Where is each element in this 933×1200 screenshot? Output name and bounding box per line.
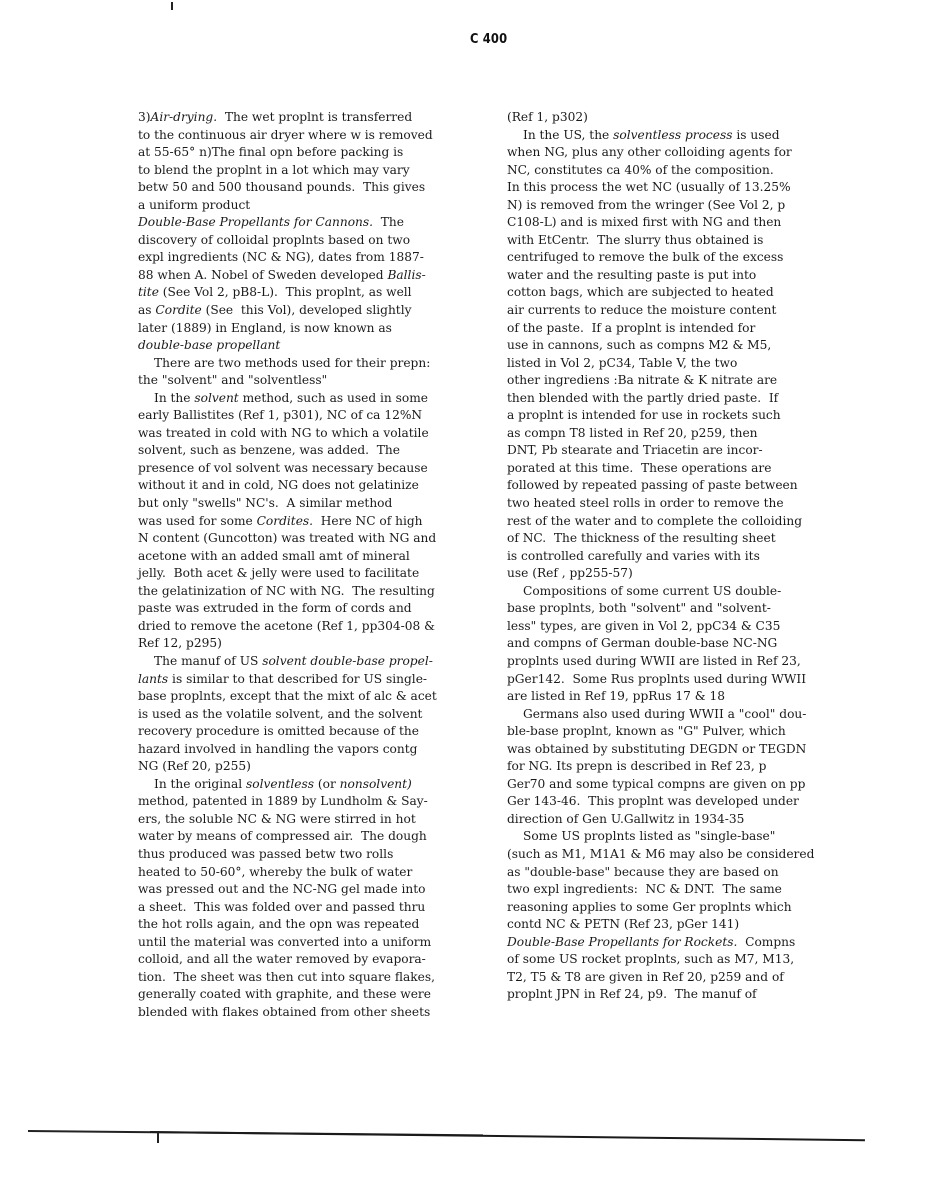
text-line: discovery of colloidal proplnts based on… bbox=[138, 232, 468, 250]
text-line: There are two methods used for their pre… bbox=[138, 355, 468, 373]
text-line: tion. The sheet was then cut into square… bbox=[138, 969, 468, 987]
line-text: air currents to reduce the moisture cont… bbox=[507, 303, 776, 317]
text-line: as "double-base" because they are based … bbox=[507, 864, 837, 882]
text-line: In the original solventless (or nonsolve… bbox=[138, 776, 468, 794]
text-line: the "solvent" and "solventless" bbox=[138, 372, 468, 390]
line-text: cotton bags, which are subjected to heat… bbox=[507, 285, 774, 299]
text-line: jelly. Both acet & jelly were used to fa… bbox=[138, 565, 468, 583]
text-line: until the material was converted into a … bbox=[138, 934, 468, 952]
line-text: for NG. Its prepn is described in Ref 23… bbox=[507, 759, 766, 773]
text-line: direction of Gen U.Gallwitz in 1934-35 bbox=[507, 811, 837, 829]
text-line: the gelatinization of NC with NG. The re… bbox=[138, 583, 468, 601]
text-line: then blended with the partly dried paste… bbox=[507, 390, 837, 408]
line-text: Ger70 and some typical compns are given … bbox=[507, 777, 805, 791]
text-line: double-base propellant bbox=[138, 337, 468, 355]
text-line: to the continuous air dryer where w is r… bbox=[138, 127, 468, 145]
line-text: The wet proplnt is transferred bbox=[217, 110, 412, 124]
line-text: (Ref 1, p302) bbox=[507, 110, 588, 124]
line-text: DNT, Pb stearate and Triacetin are incor… bbox=[507, 443, 763, 457]
text-line: air currents to reduce the moisture cont… bbox=[507, 302, 837, 320]
text-line: followed by repeated passing of paste be… bbox=[507, 477, 837, 495]
text-line: acetone with an added small amt of miner… bbox=[138, 548, 468, 566]
line-text: until the material was converted into a … bbox=[138, 935, 431, 949]
text-line: hazard involved in handling the vapors c… bbox=[138, 741, 468, 759]
italic-term: Air-drying. bbox=[151, 110, 218, 124]
text-line: of some US rocket proplnts, such as M7, … bbox=[507, 951, 837, 969]
line-text: solvent, such as benzene, was added. The bbox=[138, 443, 400, 457]
text-line: thus produced was passed betw two rolls bbox=[138, 846, 468, 864]
text-line: centrifuged to remove the bulk of the ex… bbox=[507, 249, 837, 267]
text-line: NC, constitutes ca 40% of the compositio… bbox=[507, 162, 837, 180]
line-text: The manuf of US bbox=[154, 654, 262, 668]
italic-term: solventless process bbox=[613, 128, 732, 142]
line-text: as "double-base" because they are based … bbox=[507, 865, 779, 879]
line-text: listed in Vol 2, pC34, Table V, the two bbox=[507, 356, 737, 370]
scan-mark-bottom bbox=[157, 1131, 159, 1143]
line-text: thus produced was passed betw two rolls bbox=[138, 847, 393, 861]
text-line: use (Ref , pp255-57) bbox=[507, 565, 837, 583]
text-line: a proplnt is intended for use in rockets… bbox=[507, 407, 837, 425]
line-text: two heated steel rolls in order to remov… bbox=[507, 496, 784, 510]
text-line: was pressed out and the NC-NG gel made i… bbox=[138, 881, 468, 899]
text-line: a sheet. This was folded over and passed… bbox=[138, 899, 468, 917]
line-text: base proplnts, except that the mixt of a… bbox=[138, 689, 437, 703]
text-line: Double-Base Propellants for Cannons. The bbox=[138, 214, 468, 232]
line-text: two expl ingredients: NC & DNT. The same bbox=[507, 882, 782, 896]
line-text: acetone with an added small amt of miner… bbox=[138, 549, 410, 563]
line-text: use in cannons, such as compns M2 & M5, bbox=[507, 338, 771, 352]
line-text: with EtCentr. The slurry thus obtained i… bbox=[507, 233, 763, 247]
italic-term: tite bbox=[138, 285, 159, 299]
text-line: proplnts used during WWII are listed in … bbox=[507, 653, 837, 671]
line-text: is similar to that described for US sing… bbox=[168, 672, 427, 686]
line-text: (See this Vol), developed slightly bbox=[202, 303, 412, 317]
line-text: Some US proplnts listed as "single-base" bbox=[523, 829, 775, 843]
line-text: the gelatinization of NC with NG. The re… bbox=[138, 584, 435, 598]
text-line: reasoning applies to some Ger proplnts w… bbox=[507, 899, 837, 917]
line-text: recovery procedure is omitted because of… bbox=[138, 724, 419, 738]
line-text: pGer142. Some Rus proplnts used during W… bbox=[507, 672, 806, 686]
line-text: paste was extruded in the form of cords … bbox=[138, 601, 412, 615]
text-line: presence of vol solvent was necessary be… bbox=[138, 460, 468, 478]
text-line: In the US, the solventless process is us… bbox=[507, 127, 837, 145]
line-text: NG (Ref 20, p255) bbox=[138, 759, 251, 773]
text-line: without it and in cold, NG does not gela… bbox=[138, 477, 468, 495]
line-text: 3) bbox=[138, 110, 151, 124]
text-line: generally coated with graphite, and thes… bbox=[138, 986, 468, 1004]
text-line: (Ref 1, p302) bbox=[507, 109, 837, 127]
line-text: dried to remove the acetone (Ref 1, pp30… bbox=[138, 619, 435, 633]
text-line: early Ballistites (Ref 1, p301), NC of c… bbox=[138, 407, 468, 425]
line-text: presence of vol solvent was necessary be… bbox=[138, 461, 428, 475]
text-line: base proplnts, both "solvent" and "solve… bbox=[507, 600, 837, 618]
line-text: C108-L) and is mixed first with NG and t… bbox=[507, 215, 781, 229]
line-text: In the US, the bbox=[523, 128, 613, 142]
line-text: colloid, and all the water removed by ev… bbox=[138, 952, 426, 966]
text-line: is used as the volatile solvent, and the… bbox=[138, 706, 468, 724]
line-text: water and the resulting paste is put int… bbox=[507, 268, 756, 282]
line-text: of NC. The thickness of the resulting sh… bbox=[507, 531, 776, 545]
line-text: Germans also used during WWII a "cool" d… bbox=[523, 707, 806, 721]
line-text: generally coated with graphite, and thes… bbox=[138, 987, 431, 1001]
line-text: In the original bbox=[154, 777, 246, 791]
text-line: proplnt JPN in Ref 24, p9. The manuf of bbox=[507, 986, 837, 1004]
line-text: is controlled carefully and varies with … bbox=[507, 549, 760, 563]
text-line: dried to remove the acetone (Ref 1, pp30… bbox=[138, 618, 468, 636]
text-line: as compn T8 listed in Ref 20, p259, then bbox=[507, 425, 837, 443]
text-line: tite (See Vol 2, pB8-L). This proplnt, a… bbox=[138, 284, 468, 302]
text-line: with EtCentr. The slurry thus obtained i… bbox=[507, 232, 837, 250]
text-line: porated at this time. These operations a… bbox=[507, 460, 837, 478]
text-line: N content (Guncotton) was treated with N… bbox=[138, 530, 468, 548]
line-text: when NG, plus any other colloiding agent… bbox=[507, 145, 792, 159]
text-line: was used for some Cordites. Here NC of h… bbox=[138, 513, 468, 531]
text-line: colloid, and all the water removed by ev… bbox=[138, 951, 468, 969]
text-line: C108-L) and is mixed first with NG and t… bbox=[507, 214, 837, 232]
text-line: 88 when A. Nobel of Sweden developed Bal… bbox=[138, 267, 468, 285]
line-text: betw 50 and 500 thousand pounds. This gi… bbox=[138, 180, 425, 194]
italic-term: Cordites. bbox=[257, 514, 313, 528]
italic-term: Double-Base Propellants for Cannons. bbox=[138, 215, 373, 229]
line-text: ers, the soluble NC & NG were stirred in… bbox=[138, 812, 416, 826]
line-text: proplnts used during WWII are listed in … bbox=[507, 654, 801, 668]
text-line: was obtained by substituting DEGDN or TE… bbox=[507, 741, 837, 759]
line-text: as bbox=[138, 303, 155, 317]
text-line: Some US proplnts listed as "single-base" bbox=[507, 828, 837, 846]
line-text: centrifuged to remove the bulk of the ex… bbox=[507, 250, 783, 264]
text-line: In the solvent method, such as used in s… bbox=[138, 390, 468, 408]
text-line: a uniform product bbox=[138, 197, 468, 215]
line-text: use (Ref , pp255-57) bbox=[507, 566, 633, 580]
text-line: betw 50 and 500 thousand pounds. This gi… bbox=[138, 179, 468, 197]
scan-mark-top bbox=[171, 2, 173, 10]
line-text: There are two methods used for their pre… bbox=[154, 356, 430, 370]
line-text: was obtained by substituting DEGDN or TE… bbox=[507, 742, 806, 756]
text-line: lants is similar to that described for U… bbox=[138, 671, 468, 689]
text-line: ers, the soluble NC & NG were stirred in… bbox=[138, 811, 468, 829]
text-line: contd NC & PETN (Ref 23, pGer 141) bbox=[507, 916, 837, 934]
text-line: T2, T5 & T8 are given in Ref 20, p259 an… bbox=[507, 969, 837, 987]
italic-term: solvent bbox=[194, 391, 238, 405]
line-text: later (1889) in England, is now known as bbox=[138, 321, 392, 335]
line-text: water by means of compressed air. The do… bbox=[138, 829, 427, 843]
italic-term: Ballis- bbox=[387, 268, 425, 282]
text-line: paste was extruded in the form of cords … bbox=[138, 600, 468, 618]
text-line: heated to 50-60°, whereby the bulk of wa… bbox=[138, 864, 468, 882]
text-line: listed in Vol 2, pC34, Table V, the two bbox=[507, 355, 837, 373]
line-text: a proplnt is intended for use in rockets… bbox=[507, 408, 781, 422]
line-text: (such as M1, M1A1 & M6 may also be consi… bbox=[507, 847, 814, 861]
bottom-rule bbox=[150, 1131, 865, 1141]
line-text: T2, T5 & T8 are given in Ref 20, p259 an… bbox=[507, 970, 784, 984]
left-text-column: 3)Air-drying. The wet proplnt is transfe… bbox=[138, 109, 468, 1021]
text-line: at 55-65° n)The final opn before packing… bbox=[138, 144, 468, 162]
text-line: the hot rolls again, and the opn was rep… bbox=[138, 916, 468, 934]
italic-term: solventless bbox=[246, 777, 314, 791]
line-text: a uniform product bbox=[138, 198, 250, 212]
line-text: reasoning applies to some Ger proplnts w… bbox=[507, 900, 792, 914]
text-line: other ingrediens :Ba nitrate & K nitrate… bbox=[507, 372, 837, 390]
line-text: other ingrediens :Ba nitrate & K nitrate… bbox=[507, 373, 777, 387]
text-line: method, patented in 1889 by Lundholm & S… bbox=[138, 793, 468, 811]
text-line: cotton bags, which are subjected to heat… bbox=[507, 284, 837, 302]
text-line: to blend the proplnt in a lot which may … bbox=[138, 162, 468, 180]
line-text: and compns of German double-base NC-NG bbox=[507, 636, 777, 650]
text-line: rest of the water and to complete the co… bbox=[507, 513, 837, 531]
text-line: Ger70 and some typical compns are given … bbox=[507, 776, 837, 794]
line-text: followed by repeated passing of paste be… bbox=[507, 478, 798, 492]
line-text: the "solvent" and "solventless" bbox=[138, 373, 327, 387]
text-line: base proplnts, except that the mixt of a… bbox=[138, 688, 468, 706]
line-text: N content (Guncotton) was treated with N… bbox=[138, 531, 436, 545]
text-line: pGer142. Some Rus proplnts used during W… bbox=[507, 671, 837, 689]
text-line: and compns of German double-base NC-NG bbox=[507, 635, 837, 653]
line-text: at 55-65° n)The final opn before packing… bbox=[138, 145, 403, 159]
line-text: ble-base proplnt, known as "G" Pulver, w… bbox=[507, 724, 786, 738]
line-text: NC, constitutes ca 40% of the compositio… bbox=[507, 163, 774, 177]
text-line: water by means of compressed air. The do… bbox=[138, 828, 468, 846]
line-text: direction of Gen U.Gallwitz in 1934-35 bbox=[507, 812, 744, 826]
text-line: Germans also used during WWII a "cool" d… bbox=[507, 706, 837, 724]
line-text: rest of the water and to complete the co… bbox=[507, 514, 802, 528]
line-text: was pressed out and the NC-NG gel made i… bbox=[138, 882, 426, 896]
text-line: for NG. Its prepn is described in Ref 23… bbox=[507, 758, 837, 776]
text-line: less" types, are given in Vol 2, ppC34 &… bbox=[507, 618, 837, 636]
line-text: In the bbox=[154, 391, 194, 405]
text-line: 3)Air-drying. The wet proplnt is transfe… bbox=[138, 109, 468, 127]
line-text: of the paste. If a proplnt is intended f… bbox=[507, 321, 755, 335]
line-text: expl ingredients (NC & NG), dates from 1… bbox=[138, 250, 424, 264]
line-text: jelly. Both acet & jelly were used to fa… bbox=[138, 566, 419, 580]
text-line: Ref 12, p295) bbox=[138, 635, 468, 653]
line-text: tion. The sheet was then cut into square… bbox=[138, 970, 435, 984]
line-text: In this process the wet NC (usually of 1… bbox=[507, 180, 791, 194]
line-text: is used as the volatile solvent, and the… bbox=[138, 707, 422, 721]
text-line: (such as M1, M1A1 & M6 may also be consi… bbox=[507, 846, 837, 864]
line-text: heated to 50-60°, whereby the bulk of wa… bbox=[138, 865, 412, 879]
text-line: of the paste. If a proplnt is intended f… bbox=[507, 320, 837, 338]
line-text: was treated in cold with NG to which a v… bbox=[138, 426, 429, 440]
line-text: Compositions of some current US double- bbox=[523, 584, 781, 598]
text-line: water and the resulting paste is put int… bbox=[507, 267, 837, 285]
line-text: of some US rocket proplnts, such as M7, … bbox=[507, 952, 794, 966]
line-text: to the continuous air dryer where w is r… bbox=[138, 128, 433, 142]
italic-term: Double-Base Propellants for Rockets. bbox=[507, 935, 737, 949]
line-text: without it and in cold, NG does not gela… bbox=[138, 478, 419, 492]
text-line: solvent, such as benzene, was added. The bbox=[138, 442, 468, 460]
text-line: recovery procedure is omitted because of… bbox=[138, 723, 468, 741]
line-text: Here NC of high bbox=[313, 514, 423, 528]
text-line: are listed in Ref 19, ppRus 17 & 18 bbox=[507, 688, 837, 706]
line-text: proplnt JPN in Ref 24, p9. The manuf of bbox=[507, 987, 757, 1001]
line-text: early Ballistites (Ref 1, p301), NC of c… bbox=[138, 408, 422, 422]
line-text: then blended with the partly dried paste… bbox=[507, 391, 778, 405]
line-text: method, such as used in some bbox=[239, 391, 428, 405]
line-text: Ger 143-46. This proplnt was developed u… bbox=[507, 794, 799, 808]
italic-term: Cordite bbox=[155, 303, 201, 317]
line-text: is used bbox=[732, 128, 779, 142]
line-text: but only "swells" NC's. A similar method bbox=[138, 496, 392, 510]
text-line: N) is removed from the wringer (See Vol … bbox=[507, 197, 837, 215]
text-line: but only "swells" NC's. A similar method bbox=[138, 495, 468, 513]
text-line: is controlled carefully and varies with … bbox=[507, 548, 837, 566]
text-line: blended with flakes obtained from other … bbox=[138, 1004, 468, 1022]
text-line: The manuf of US solvent double-base prop… bbox=[138, 653, 468, 671]
line-text: as compn T8 listed in Ref 20, p259, then bbox=[507, 426, 758, 440]
line-text: blended with flakes obtained from other … bbox=[138, 1005, 430, 1019]
text-line: Ger 143-46. This proplnt was developed u… bbox=[507, 793, 837, 811]
text-line: NG (Ref 20, p255) bbox=[138, 758, 468, 776]
line-text: N) is removed from the wringer (See Vol … bbox=[507, 198, 785, 212]
line-text: Compns bbox=[737, 935, 795, 949]
line-text: method, patented in 1889 by Lundholm & S… bbox=[138, 794, 428, 808]
italic-term: solvent double-base propel- bbox=[262, 654, 433, 668]
text-line: expl ingredients (NC & NG), dates from 1… bbox=[138, 249, 468, 267]
text-line: two expl ingredients: NC & DNT. The same bbox=[507, 881, 837, 899]
line-text: base proplnts, both "solvent" and "solve… bbox=[507, 601, 771, 615]
page-number: C 400 bbox=[470, 31, 507, 47]
text-line: of NC. The thickness of the resulting sh… bbox=[507, 530, 837, 548]
line-text: the hot rolls again, and the opn was rep… bbox=[138, 917, 419, 931]
text-line: Double-Base Propellants for Rockets. Com… bbox=[507, 934, 837, 952]
italic-term: lants bbox=[138, 672, 168, 686]
line-text: a sheet. This was folded over and passed… bbox=[138, 900, 425, 914]
text-line: when NG, plus any other colloiding agent… bbox=[507, 144, 837, 162]
text-line: use in cannons, such as compns M2 & M5, bbox=[507, 337, 837, 355]
text-line: was treated in cold with NG to which a v… bbox=[138, 425, 468, 443]
text-line: later (1889) in England, is now known as bbox=[138, 320, 468, 338]
line-text: porated at this time. These operations a… bbox=[507, 461, 771, 475]
line-text: contd NC & PETN (Ref 23, pGer 141) bbox=[507, 917, 739, 931]
line-text: (See Vol 2, pB8-L). This proplnt, as wel… bbox=[159, 285, 412, 299]
italic-term: nonsolvent) bbox=[340, 777, 412, 791]
line-text: was used for some bbox=[138, 514, 257, 528]
italic-term: double-base propellant bbox=[138, 338, 280, 352]
text-line: In this process the wet NC (usually of 1… bbox=[507, 179, 837, 197]
line-text: are listed in Ref 19, ppRus 17 & 18 bbox=[507, 689, 725, 703]
line-text: less" types, are given in Vol 2, ppC34 &… bbox=[507, 619, 780, 633]
right-text-column: (Ref 1, p302)In the US, the solventless … bbox=[507, 109, 837, 1004]
line-text: discovery of colloidal proplnts based on… bbox=[138, 233, 410, 247]
line-text: (or bbox=[314, 777, 340, 791]
text-line: DNT, Pb stearate and Triacetin are incor… bbox=[507, 442, 837, 460]
line-text: to blend the proplnt in a lot which may … bbox=[138, 163, 410, 177]
text-line: Compositions of some current US double- bbox=[507, 583, 837, 601]
line-text: hazard involved in handling the vapors c… bbox=[138, 742, 417, 756]
line-text: The bbox=[373, 215, 404, 229]
text-line: two heated steel rolls in order to remov… bbox=[507, 495, 837, 513]
text-line: ble-base proplnt, known as "G" Pulver, w… bbox=[507, 723, 837, 741]
text-line: as Cordite (See this Vol), developed sli… bbox=[138, 302, 468, 320]
line-text: Ref 12, p295) bbox=[138, 636, 222, 650]
line-text: 88 when A. Nobel of Sweden developed bbox=[138, 268, 387, 282]
